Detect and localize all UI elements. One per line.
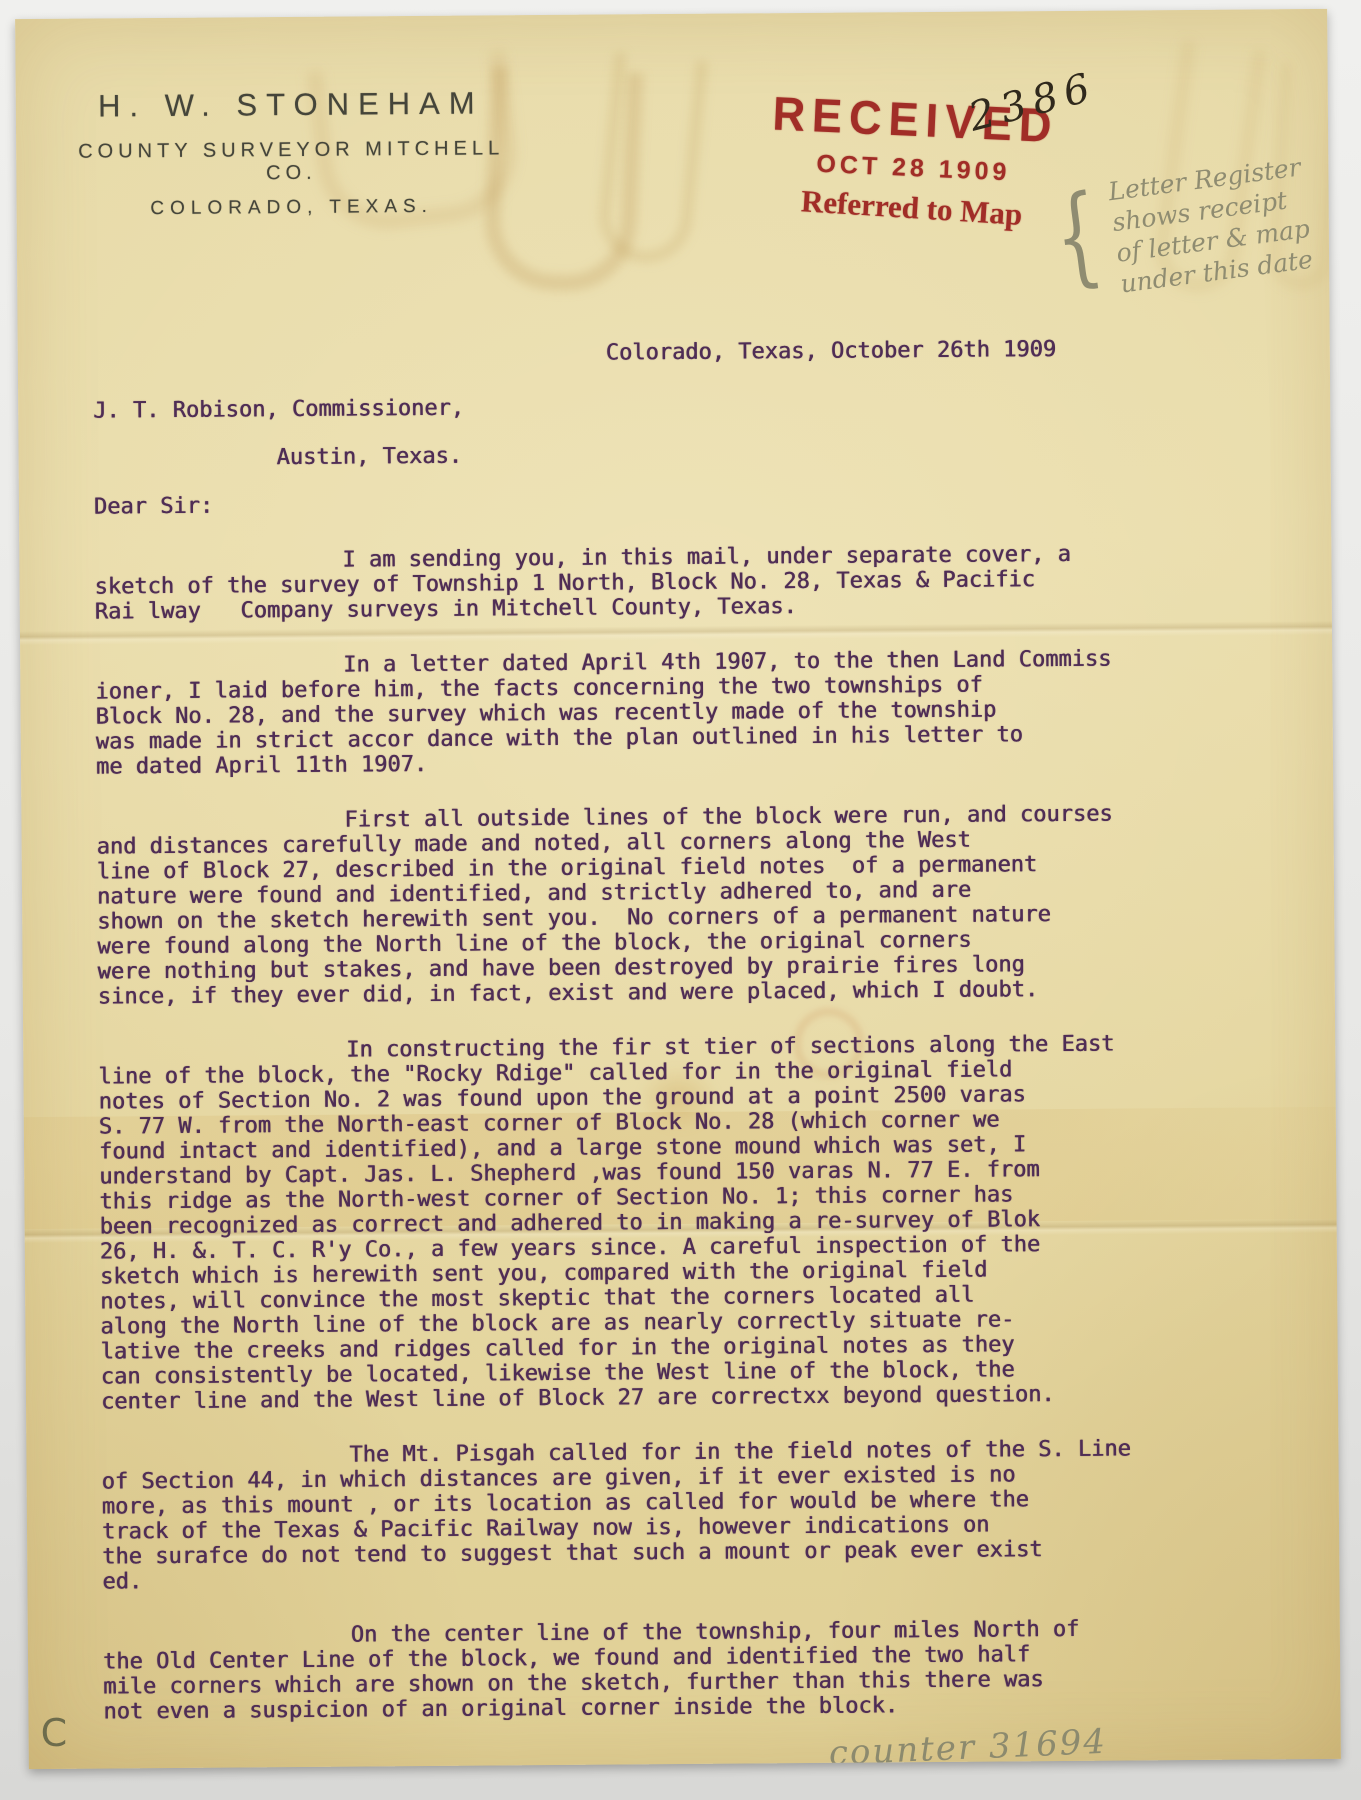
letterhead-title: COUNTY SURVEYOR MITCHELL CO. xyxy=(61,137,521,187)
letter-paragraph: I am sending you, in this mail, under se… xyxy=(94,541,1125,624)
letterhead: H. W. STONEHAM COUNTY SURVEYOR MITCHELL … xyxy=(61,85,522,221)
letterhead-name: H. W. STONEHAM xyxy=(61,85,521,125)
letter-paragraph: First all outside lines of the block wer… xyxy=(96,801,1128,1009)
letterhead-location: COLORADO, TEXAS. xyxy=(62,195,522,221)
letter-paragraph: In a letter dated April 4th 1907, to the… xyxy=(95,646,1126,779)
register-note: { Letter Registershows receiptof letter … xyxy=(1035,143,1315,308)
referred-to-map-stamp: Referred to Map xyxy=(753,180,1070,235)
paper-stain xyxy=(594,52,708,267)
letter-body: I am sending you, in this mail, under se… xyxy=(94,541,1133,1754)
brace-mark: { xyxy=(1047,170,1108,303)
letter-paper: H. W. STONEHAM COUNTY SURVEYOR MITCHELL … xyxy=(15,9,1341,1769)
register-note-text: Letter Registershows receiptof letter & … xyxy=(1105,143,1315,299)
dateline: Colorado, Texas, October 26th 1909 xyxy=(606,337,1057,366)
letter-paragraph: On the center line of the township, four… xyxy=(103,1616,1134,1724)
recipient-city: Austin, Texas. xyxy=(277,444,463,470)
letter-paragraph: The Mt. Pisgah called for in the field n… xyxy=(101,1436,1132,1594)
recipient-name: J. T. Robison, Commissioner, xyxy=(93,396,464,424)
corner-mark: C xyxy=(40,1711,67,1755)
salutation: Dear Sir: xyxy=(94,494,213,520)
letter-paragraph: In constructing the fir st tier of secti… xyxy=(98,1031,1131,1414)
